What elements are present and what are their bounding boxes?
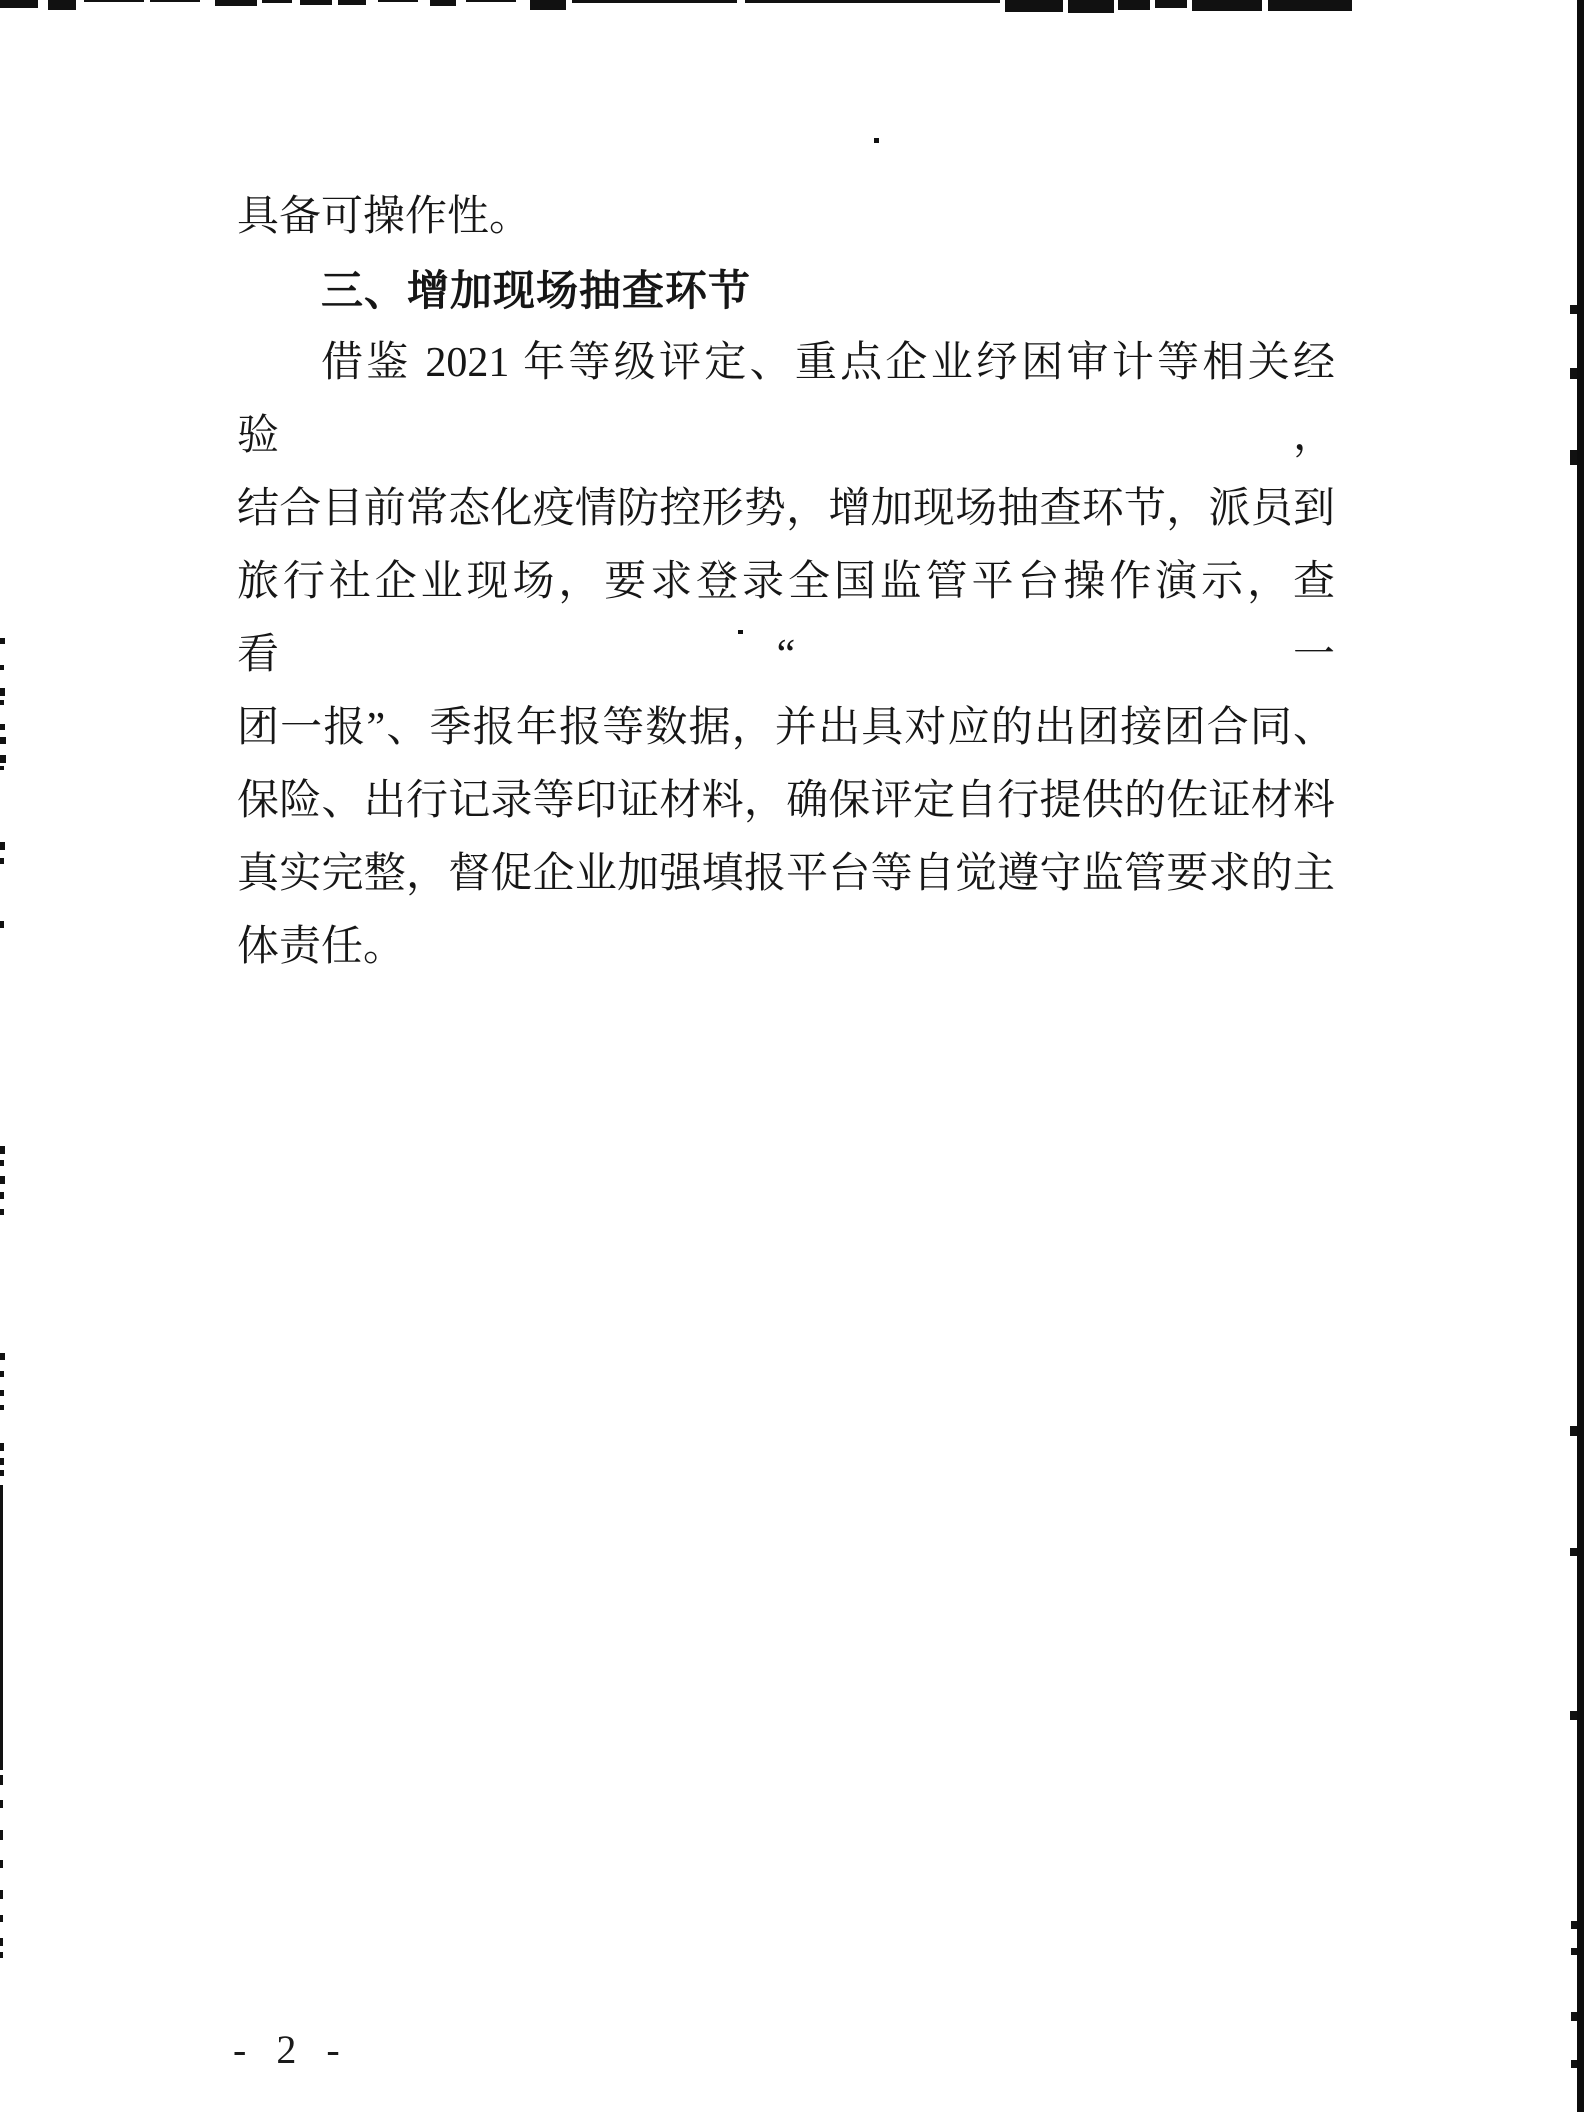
body-line: 结合目前常态化疫情防控形势，增加现场抽查环节，派员到 (237, 473, 1335, 546)
body-line: 体责任。 (237, 911, 1335, 984)
body-line: 具备可操作性。 (237, 181, 1335, 254)
right-edge-scan-bar (1577, 0, 1584, 2112)
body-line: 保险、出行记录等印证材料，确保评定自行提供的佐证材料 (237, 765, 1335, 838)
page-number: - 2 - (233, 2026, 350, 2073)
body-line: 借鉴 2021 年等级评定、重点企业纾困审计等相关经验， (237, 327, 1335, 473)
document-page: 具备可操作性。 三、增加现场抽查环节 借鉴 2021 年等级评定、重点企业纾困审… (0, 0, 1585, 2112)
body-line: 团一报”、季报年报等数据，并出具对应的出团接团合同、 (237, 692, 1335, 765)
body-line: 旅行社企业现场，要求登录全国监管平台操作演示，查看“一 (237, 546, 1335, 692)
body-text-block: 具备可操作性。 三、增加现场抽查环节 借鉴 2021 年等级评定、重点企业纾困审… (237, 181, 1335, 984)
body-line: 真实完整，督促企业加强填报平台等自觉遵守监管要求的主 (237, 838, 1335, 911)
section-heading: 三、增加现场抽查环节 (237, 254, 1335, 327)
